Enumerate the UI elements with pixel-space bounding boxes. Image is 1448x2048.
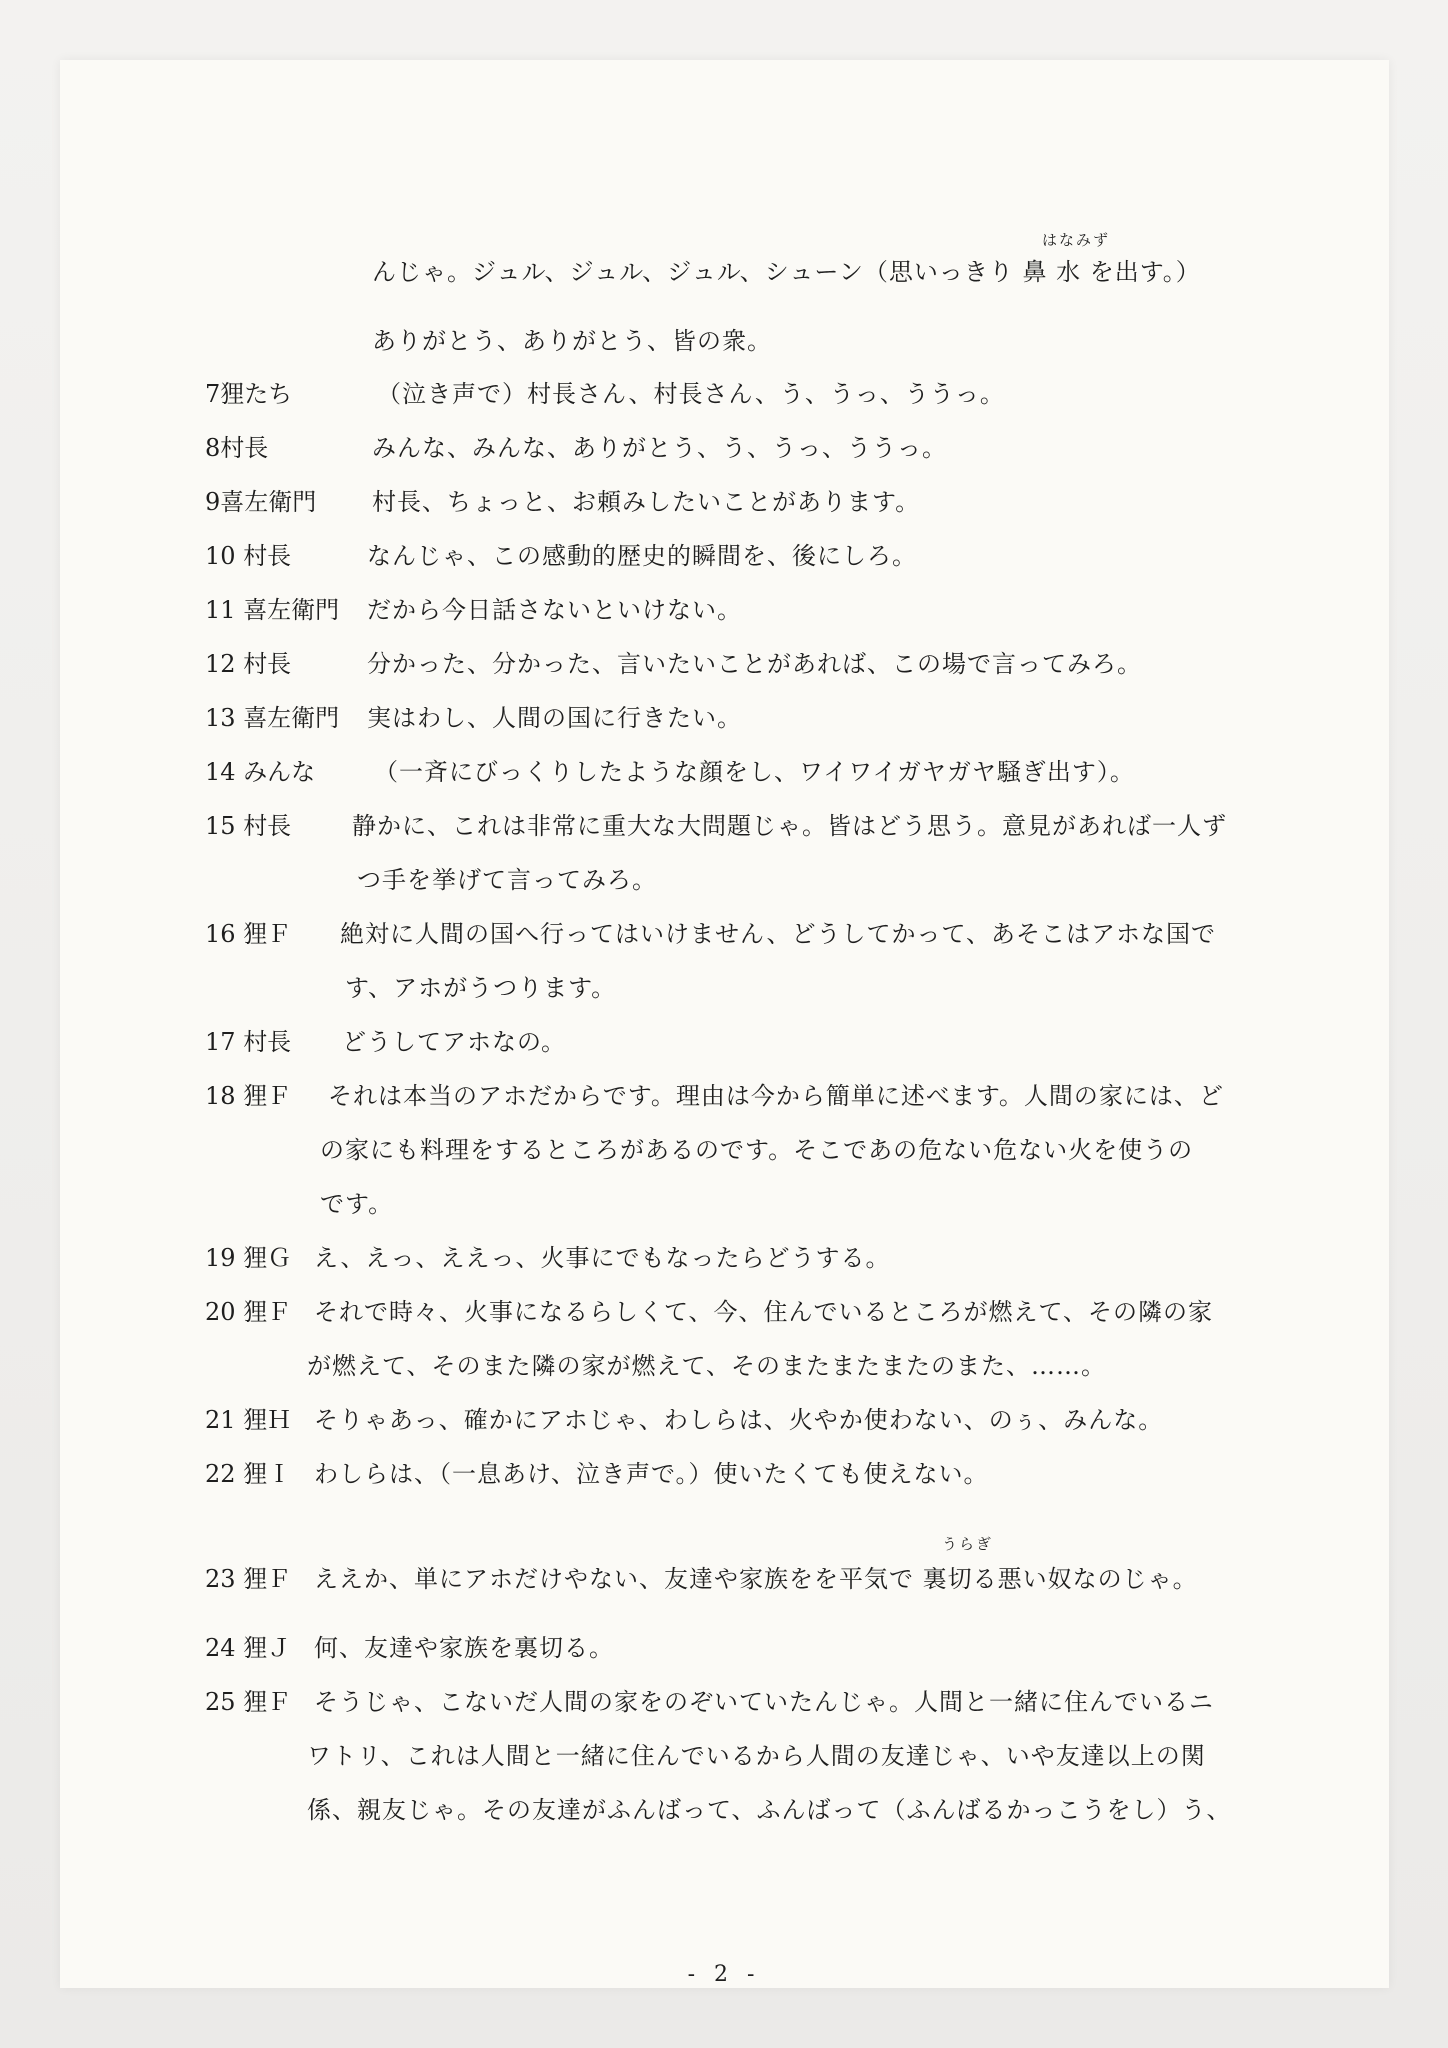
dialogue-line: 実はわし、人間の国に行きたい。 (367, 703, 742, 733)
speaker-label: 13 喜左衛門 (205, 703, 339, 733)
dialogue-line-continued: す、アホがうつります。 (345, 973, 616, 1003)
dialogue-line: 村長、ちょっと、お頼みしたいことがあります。 (372, 487, 920, 517)
speaker-label: 20 狸Ｆ (205, 1297, 291, 1327)
dialogue-line: それで時々、火事になるらしくて、今、住んでいるところが燃えて、その隣の家 (314, 1297, 1213, 1327)
speaker-label: 9喜左衛門 (205, 487, 316, 517)
dialogue-line: そりゃあっ、確かにアホじゃ、わしらは、火やか使わない、のぅ、みんな。 (314, 1405, 1163, 1435)
dialogue-line-continued: が燃えて、そのまた隣の家が燃えて、そのまたまたまたのまた、……。 (307, 1351, 1106, 1381)
speaker-label: 12 村長 (205, 649, 291, 679)
dialogue-line: わしらは、（一息あけ、泣き声で。）使いたくても使えない。 (314, 1459, 989, 1489)
continuation-line-1: んじゃ。ジュル、ジュル、ジュル、シューン（思いっきり 鼻 水 を出す。） (372, 257, 1201, 287)
dialogue-line: え、えっ、ええっ、火事にでもなったらどうする。 (314, 1243, 890, 1273)
speaker-label: 23 狸Ｆ (205, 1564, 291, 1594)
speaker-label: 7狸たち (205, 379, 292, 409)
dialogue-line: 静かに、これは非常に重大な大問題じゃ。皆はどう思う。意見があれば一人ず (352, 811, 1227, 841)
dialogue-line-continued: の家にも料理をするところがあるのです。そこであの危ない危ない火を使うの (320, 1135, 1193, 1165)
speaker-label: 22 狸Ｉ (205, 1459, 291, 1489)
speaker-label: 19 狸Ｇ (205, 1243, 291, 1273)
dialogue-line: （泣き声で）村長さん、村長さん、う、うっ、ううっ。 (377, 379, 1005, 409)
dialogue-line: だから今日話さないといけない。 (367, 595, 742, 625)
dialogue-line-continued: ワトリ、これは人間と一緒に住んでいるから人間の友達じゃ、いや友達以上の関 (307, 1741, 1206, 1771)
dialogue-line-continued: です。 (320, 1189, 393, 1219)
speaker-label: 21 狸Ｈ (205, 1405, 291, 1435)
dialogue-line: 絶対に人間の国へ行ってはいけません、どうしてかって、あそこはアホな国で (340, 919, 1216, 949)
dialogue-line-continued: つ手を挙げて言ってみろ。 (357, 865, 657, 895)
ruby-uragi: うらぎ (942, 1535, 993, 1553)
speaker-label: 10 村長 (205, 541, 291, 571)
dialogue-line: ええか、単にアホだけやない、友達や家族をを平気で 裏切る悪い奴なのじゃ。 (314, 1564, 1198, 1594)
speaker-label: 24 狸Ｊ (205, 1633, 291, 1663)
ruby-hanamizu: はなみず (1042, 231, 1110, 249)
speaker-label: 11 喜左衛門 (205, 595, 339, 625)
dialogue-line: そうじゃ、こないだ人間の家をのぞいていたんじゃ。人間と一緒に住んでいるニ (314, 1687, 1214, 1717)
speaker-label: 14 みんな (205, 757, 315, 787)
speaker-label: 15 村長 (205, 811, 291, 841)
dialogue-line: それは本当のアホだからです。理由は今から簡単に述べます。人間の家には、ど (328, 1081, 1224, 1111)
dialogue-line: （一斉にびっくりしたような顔をし、ワイワイガヤガヤ騒ぎ出す）。 (374, 757, 1135, 787)
speaker-label: 8村長 (205, 433, 268, 463)
page-number: - 2 - (0, 1960, 1448, 1990)
continuation-line-2: ありがとう、ありがとう、皆の衆。 (372, 326, 772, 356)
dialogue-line: 分かった、分かった、言いたいことがあれば、この場で言ってみろ。 (367, 649, 1142, 679)
speaker-label: 16 狸Ｆ (205, 919, 291, 949)
speaker-label: 18 狸Ｆ (205, 1081, 291, 1111)
speaker-label: 25 狸Ｆ (205, 1687, 291, 1717)
dialogue-line: 何、友達や家族を裏切る。 (314, 1633, 614, 1663)
speaker-label: 17 村長 (205, 1027, 291, 1057)
dialogue-line-continued: 係、親友じゃ。その友達がふんばって、ふんばって（ふんばるかっこうをし）う、 (307, 1795, 1232, 1825)
dialogue-line: なんじゃ、この感動的歴史的瞬間を、後にしろ。 (367, 541, 917, 571)
dialogue-line: どうしてアホなの。 (342, 1027, 566, 1057)
dialogue-line: みんな、みんな、ありがとう、う、うっ、ううっ。 (372, 433, 947, 463)
